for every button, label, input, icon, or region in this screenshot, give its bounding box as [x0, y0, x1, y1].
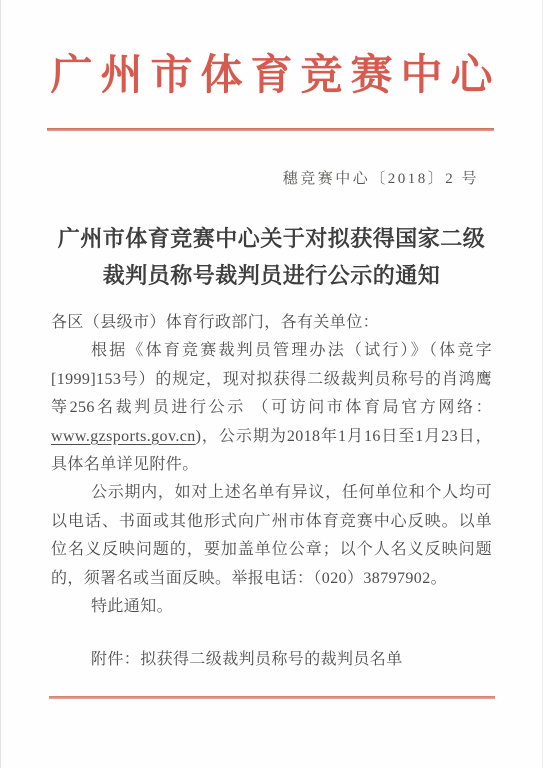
- letterhead-divider-line: [47, 128, 494, 131]
- document-number: 穗竞赛中心〔2018〕2 号: [283, 167, 479, 188]
- paragraph-1-text-before-url: 根据《体育竞赛裁判员管理办法（试行）》（体竞字[1999]153号）的规定，现对…: [51, 342, 492, 416]
- salutation-line: 各区（县级市）体育行政部门，各有关单位：: [51, 309, 492, 337]
- paragraph-1: 根据《体育竞赛裁判员管理办法（试行）》（体竞字[1999]153号）的规定，现对…: [51, 337, 492, 479]
- footer-divider-line: [49, 696, 495, 699]
- website-url-link[interactable]: www.gzsports.gov.cn: [51, 428, 196, 445]
- notice-title-line-2: 裁判员称号裁判员进行公示的通知: [103, 263, 441, 288]
- letterhead-title: 广州市体育竞赛中心: [0, 52, 543, 100]
- notice-title-line-1: 广州市体育竞赛中心关于对拟获得国家二级: [58, 226, 486, 251]
- notice-body: 各区（县级市）体育行政部门，各有关单位： 根据《体育竞赛裁判员管理办法（试行）》…: [51, 309, 492, 675]
- notice-title: 广州市体育竞赛中心关于对拟获得国家二级 裁判员称号裁判员进行公示的通知: [0, 220, 543, 294]
- attachment-line: 附件：拟获得二级裁判员称号的裁判员名单: [51, 646, 492, 674]
- document-page: 广州市体育竞赛中心 穗竞赛中心〔2018〕2 号 广州市体育竞赛中心关于对拟获得…: [0, 0, 543, 768]
- closing-line: 特此通知。: [51, 593, 492, 621]
- paragraph-2: 公示期内，如对上述名单有异议，任何单位和个人均可以电话、书面或其他形式向广州市体…: [51, 479, 492, 593]
